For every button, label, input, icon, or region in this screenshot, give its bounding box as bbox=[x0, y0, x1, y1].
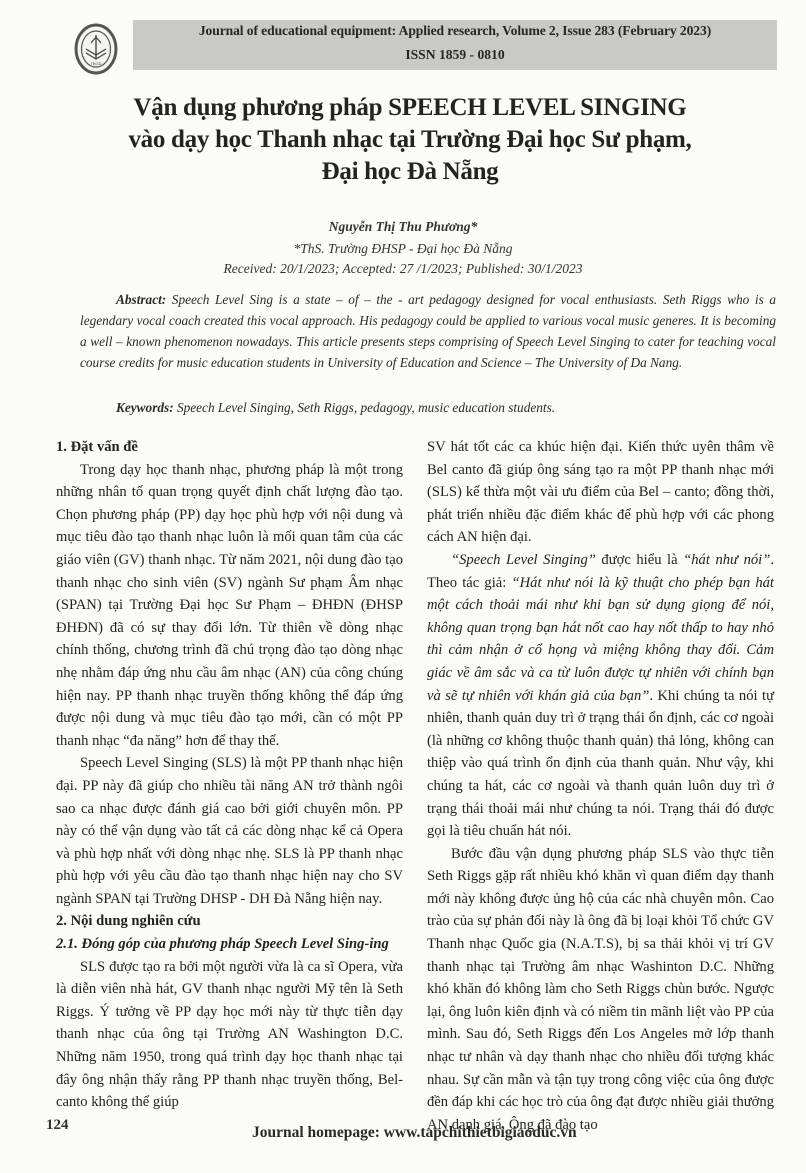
subsection-2-1-heading: 2.1. Đóng góp của phương pháp Speech Lev… bbox=[56, 933, 403, 956]
section-2-heading: 2. Nội dung nghiên cứu bbox=[56, 910, 403, 933]
page-number: 124 bbox=[46, 1117, 69, 1134]
keywords-label: Keywords: bbox=[116, 400, 174, 415]
text: được hiểu là bbox=[596, 552, 683, 568]
keywords-text: Speech Level Singing, Seth Riggs, pedago… bbox=[174, 400, 555, 415]
quote: “Speech Level Singing” bbox=[451, 552, 596, 568]
paragraph: Speech Level Singing (SLS) là một PP tha… bbox=[56, 752, 403, 910]
journal-citation: Journal of educational equipment: Applie… bbox=[133, 23, 777, 39]
text: . Khi chúng ta nói tự nhiên, thanh quản … bbox=[427, 688, 774, 840]
journal-seal-logo-icon: TBGD bbox=[74, 23, 118, 75]
author-affiliation: *ThS. Trường ĐHSP - Đại học Đà Nẵng bbox=[0, 241, 806, 257]
abstract-label: Abstract: bbox=[116, 292, 166, 307]
issn: ISSN 1859 - 0810 bbox=[133, 47, 777, 63]
svg-text:TBGD: TBGD bbox=[90, 61, 101, 66]
keywords: Keywords: Speech Level Singing, Seth Rig… bbox=[80, 397, 776, 418]
abstract-text: Speech Level Sing is a state – of – the … bbox=[80, 292, 776, 370]
paragraph: Bước đầu vận dụng phương pháp SLS vào th… bbox=[427, 843, 774, 1137]
right-column: SV hát tốt các ca khúc hiện đại. Kiến th… bbox=[427, 436, 774, 1136]
section-1-heading: 1. Đặt vấn đề bbox=[56, 436, 403, 459]
paragraph: “Speech Level Singing” được hiểu là “hát… bbox=[427, 549, 774, 843]
journal-homepage: Journal homepage: www.tapchithietbigiaod… bbox=[252, 1124, 577, 1142]
paragraph: SV hát tốt các ca khúc hiện đại. Kiến th… bbox=[427, 436, 774, 549]
title-line-2: vào dạy học Thanh nhạc tại Trường Đại họ… bbox=[60, 124, 760, 156]
paragraph: Trong dạy học thanh nhạc, phương pháp là… bbox=[56, 459, 403, 753]
left-column: 1. Đặt vấn đề Trong dạy học thanh nhạc, … bbox=[56, 436, 403, 1114]
quote: “hát như nói” bbox=[683, 552, 770, 568]
title-line-3: Đại học Đà Nẵng bbox=[60, 156, 760, 188]
title-line-1: Vận dụng phương pháp SPEECH LEVEL SINGIN… bbox=[60, 92, 760, 124]
paragraph: SLS được tạo ra bởi một người vừa là ca … bbox=[56, 956, 403, 1114]
author-name: Nguyễn Thị Thu Phương* bbox=[0, 219, 806, 235]
article-title: Vận dụng phương pháp SPEECH LEVEL SINGIN… bbox=[60, 92, 760, 188]
publication-dates: Received: 20/1/2023; Accepted: 27 /1/202… bbox=[0, 261, 806, 277]
journal-page: TBGD Journal of educational equipment: A… bbox=[0, 0, 806, 1173]
abstract: Abstract: Speech Level Sing is a state –… bbox=[80, 289, 776, 373]
quote: “Hát như nói là kỹ thuật cho phép bạn há… bbox=[427, 575, 774, 704]
journal-header-banner: Journal of educational equipment: Applie… bbox=[133, 20, 777, 70]
